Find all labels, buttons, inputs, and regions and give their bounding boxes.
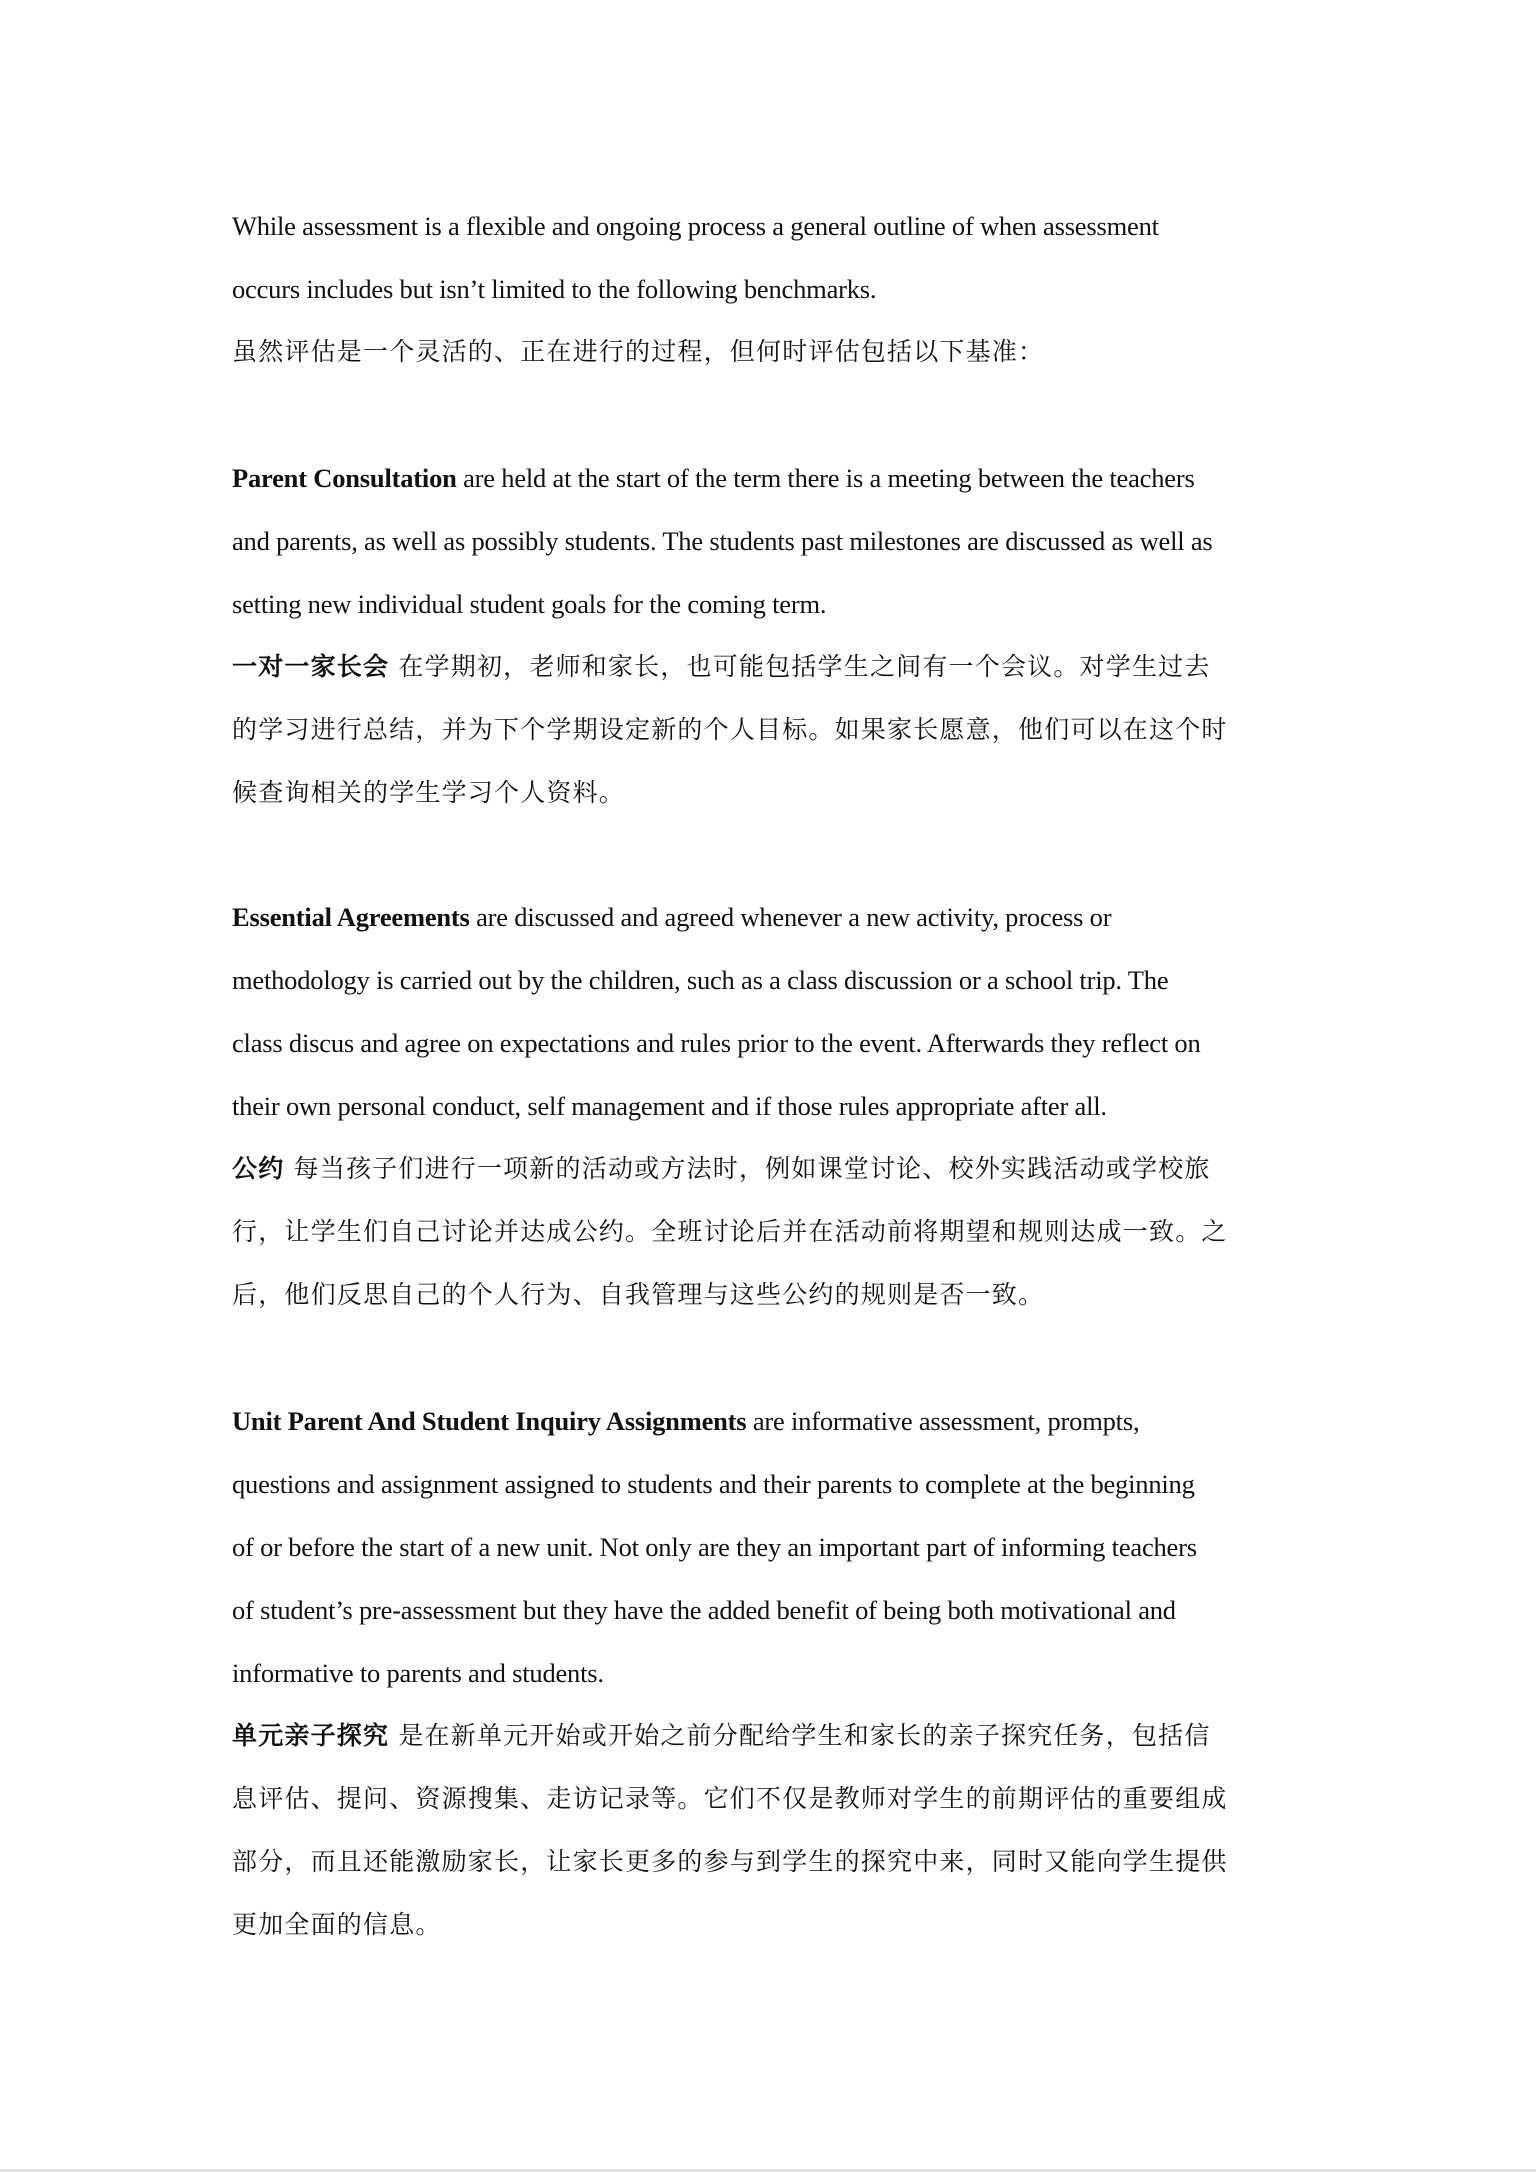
essential-agreements-en-line-1: Essential Agreements are discussed and a… xyxy=(232,900,1111,934)
essential-agreements-zh-line-1: 公约 每当孩子们进行一项新的活动或方法时，例如课堂讨论、校外实践活动或学校旅 xyxy=(232,1152,1211,1186)
inquiry-assignments-zh-text: 是在新单元开始或开始之前分配给学生和家长的亲子探究任务，包括信 xyxy=(389,1721,1210,1750)
essential-agreements-zh-line-2: 行，让学生们自己讨论并达成公约。全班讨论后并在活动前将期望和规则达成一致。之 xyxy=(232,1215,1228,1249)
parent-consultation-text: are held at the start of the term there … xyxy=(457,463,1195,493)
parent-consultation-zh-line-2: 的学习进行总结，并为下个学期设定新的个人目标。如果家长愿意，他们可以在这个时 xyxy=(232,713,1228,747)
essential-agreements-text: are discussed and agreed whenever a new … xyxy=(470,902,1112,932)
parent-consultation-zh-line-3: 候查询相关的学生学习个人资料。 xyxy=(232,776,625,810)
intro-en-line-2: occurs includes but isn’t limited to the… xyxy=(232,272,876,306)
parent-consultation-en-line-1: Parent Consultation are held at the star… xyxy=(232,461,1195,495)
parent-consultation-zh-term: 一对一家长会 xyxy=(232,652,389,681)
inquiry-assignments-en-line-3: of or before the start of a new unit. No… xyxy=(232,1530,1197,1564)
parent-consultation-zh-text: 在学期初，老师和家长，也可能包括学生之间有一个会议。对学生过去 xyxy=(389,652,1210,681)
inquiry-assignments-en-line-1: Unit Parent And Student Inquiry Assignme… xyxy=(232,1404,1139,1438)
inquiry-assignments-zh-line-4: 更加全面的信息。 xyxy=(232,1908,442,1942)
inquiry-assignments-en-line-2: questions and assignment assigned to stu… xyxy=(232,1467,1195,1501)
essential-agreements-zh-line-3: 后，他们反思自己的个人行为、自我管理与这些公约的规则是否一致。 xyxy=(232,1278,1044,1312)
essential-agreements-en-line-3: class discus and agree on expectations a… xyxy=(232,1026,1201,1060)
inquiry-assignments-en-line-5: informative to parents and students. xyxy=(232,1656,604,1690)
inquiry-assignments-zh-line-2: 息评估、提问、资源搜集、走访记录等。它们不仅是教师对学生的前期评估的重要组成 xyxy=(232,1782,1228,1816)
parent-consultation-en-line-2: and parents, as well as possibly student… xyxy=(232,524,1213,558)
intro-en-line-1: While assessment is a flexible and ongoi… xyxy=(232,209,1159,243)
essential-agreements-en-line-2: methodology is carried out by the childr… xyxy=(232,963,1168,997)
parent-consultation-zh-line-1: 一对一家长会 在学期初，老师和家长，也可能包括学生之间有一个会议。对学生过去 xyxy=(232,650,1211,684)
parent-consultation-term: Parent Consultation xyxy=(232,463,457,493)
inquiry-assignments-term: Unit Parent And Student Inquiry Assignme… xyxy=(232,1406,746,1436)
inquiry-assignments-en-line-4: of student’s pre-assessment but they hav… xyxy=(232,1593,1176,1627)
inquiry-assignments-zh-term: 单元亲子探究 xyxy=(232,1721,389,1750)
essential-agreements-term: Essential Agreements xyxy=(232,902,470,932)
intro-zh-line-1: 虽然评估是一个灵活的、正在进行的过程，但何时评估包括以下基准： xyxy=(232,335,1044,369)
inquiry-assignments-zh-line-1: 单元亲子探究 是在新单元开始或开始之前分配给学生和家长的亲子探究任务，包括信 xyxy=(232,1719,1211,1753)
inquiry-assignments-text: are informative assessment, prompts, xyxy=(746,1406,1139,1436)
essential-agreements-zh-text: 每当孩子们进行一项新的活动或方法时，例如课堂讨论、校外实践活动或学校旅 xyxy=(284,1154,1210,1183)
essential-agreements-zh-term: 公约 xyxy=(232,1154,284,1183)
inquiry-assignments-zh-line-3: 部分，而且还能激励家长，让家长更多的参与到学生的探究中来，同时又能向学生提供 xyxy=(232,1845,1228,1879)
essential-agreements-en-line-4: their own personal conduct, self managem… xyxy=(232,1089,1107,1123)
parent-consultation-en-line-3: setting new individual student goals for… xyxy=(232,587,826,621)
